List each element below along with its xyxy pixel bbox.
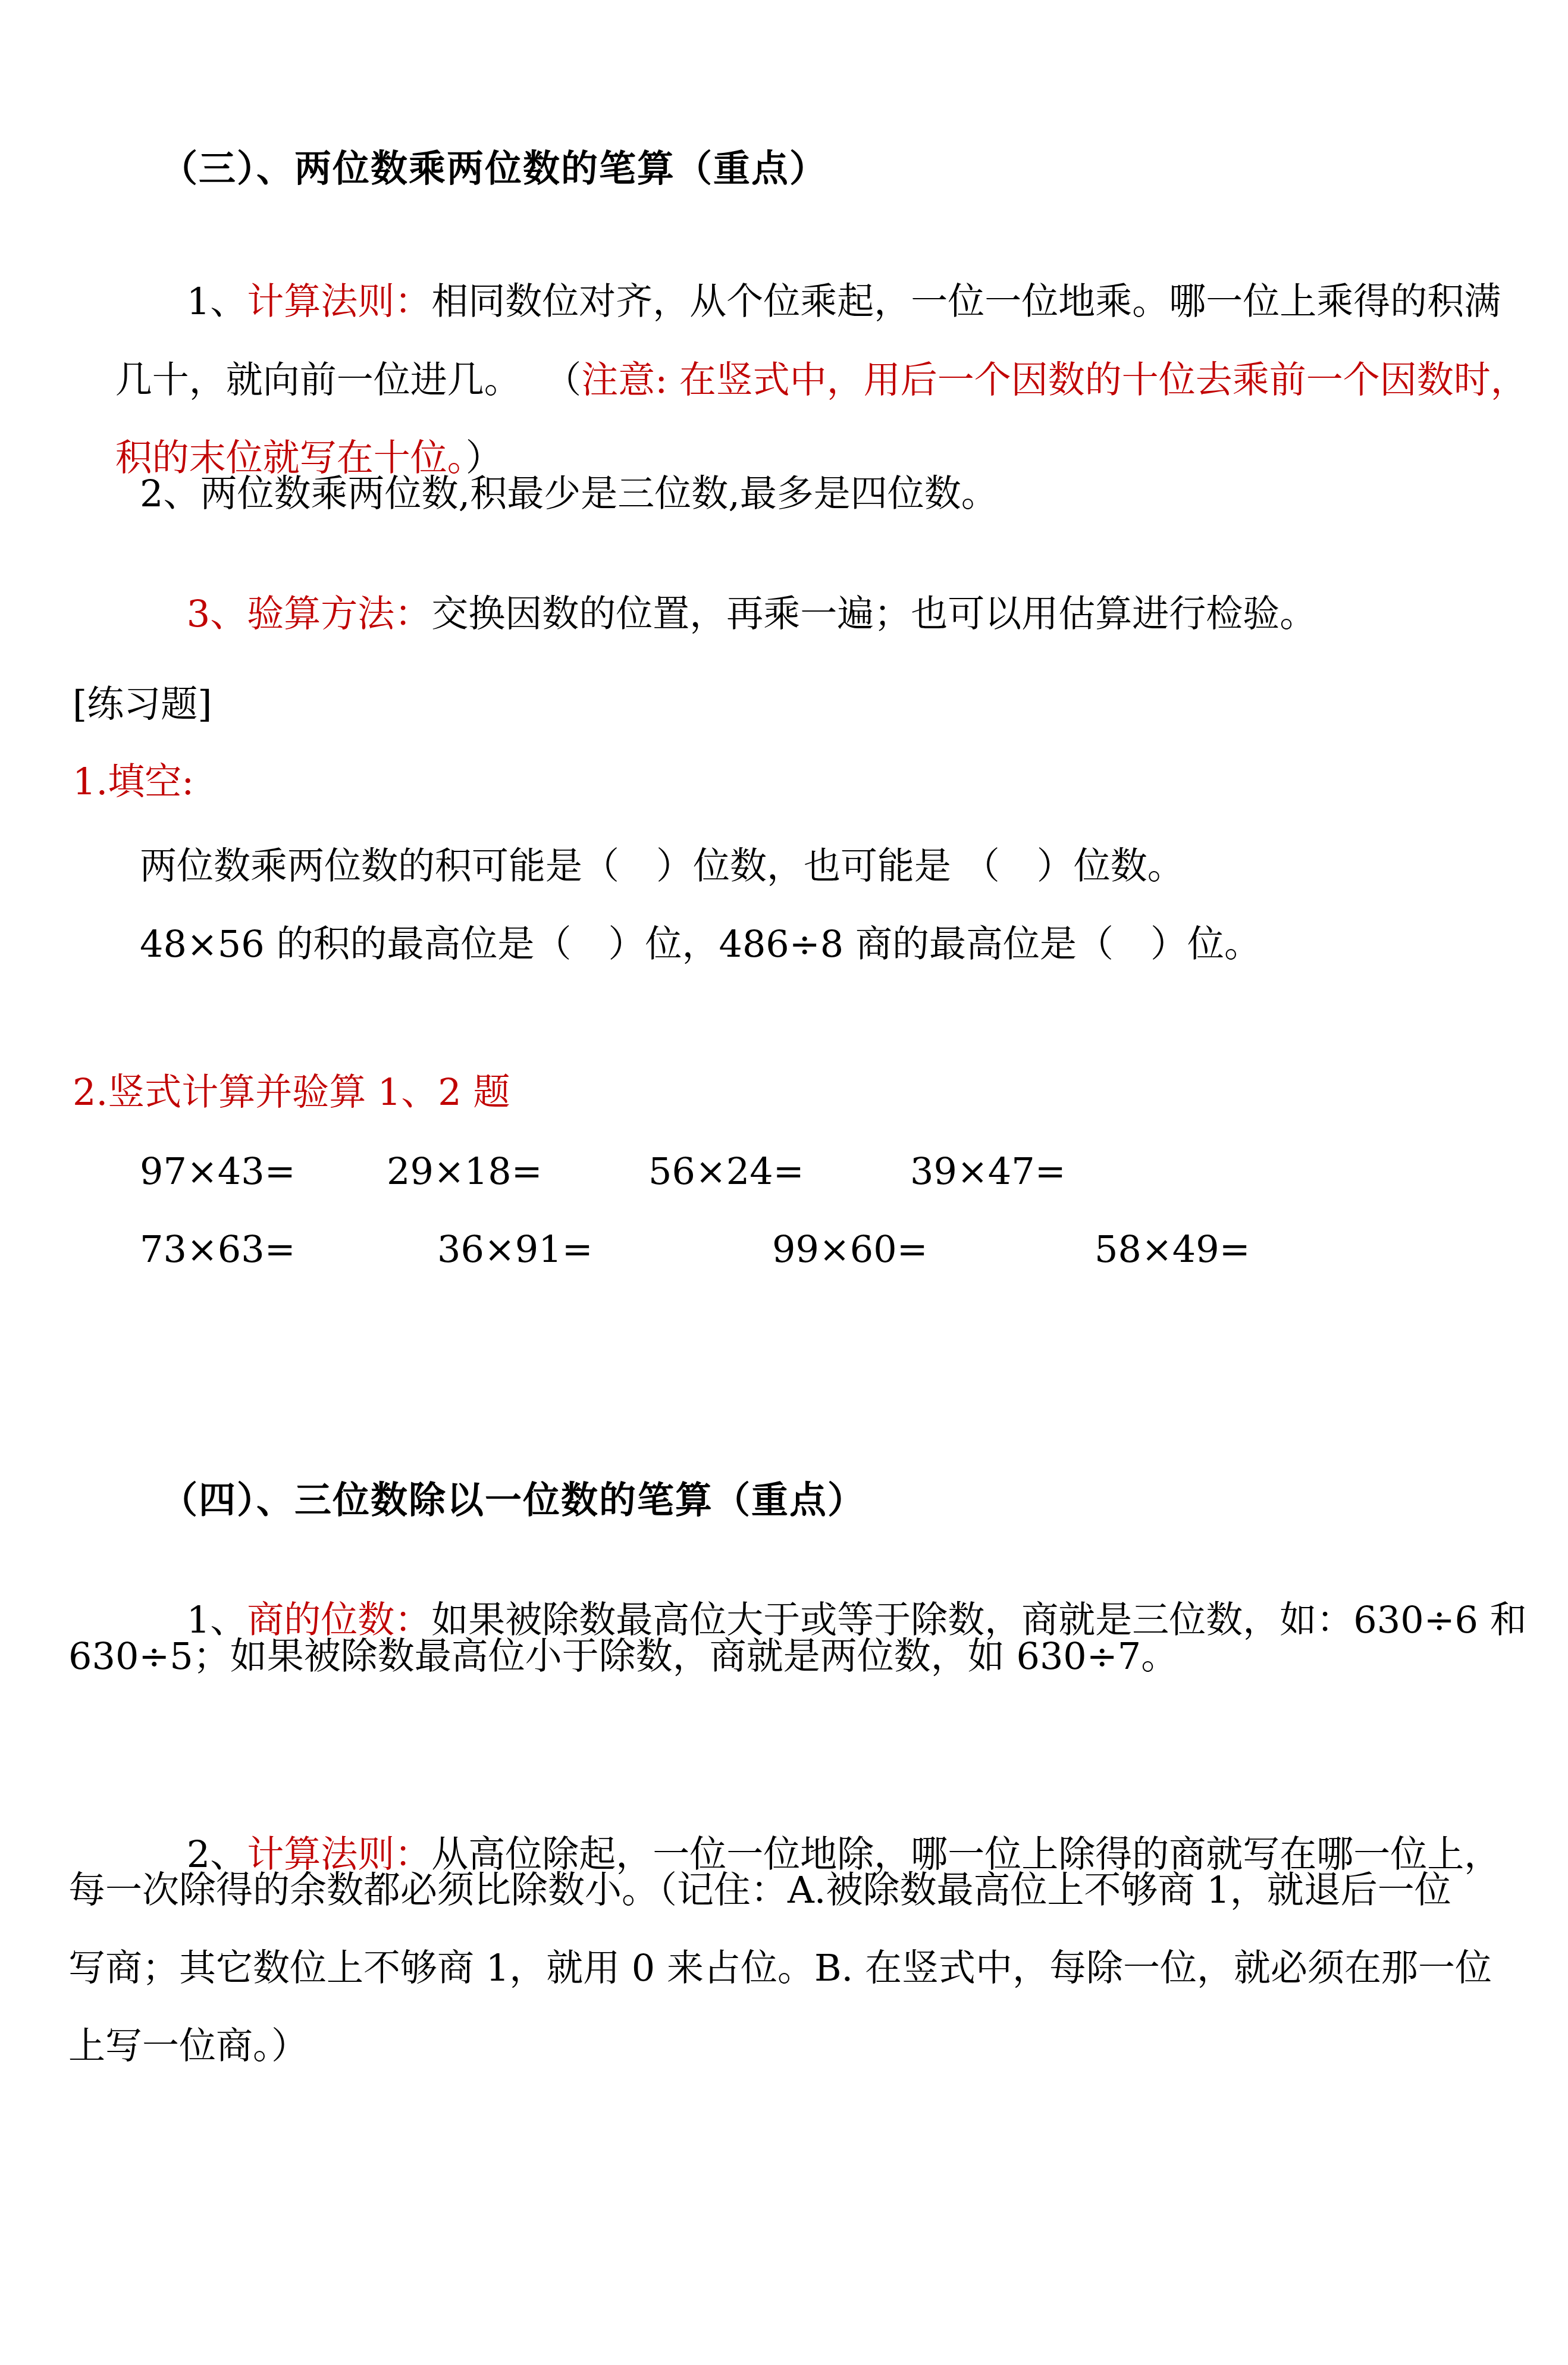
problem-36x91: 36×91= [437,1227,593,1271]
section3-heading: （三）、两位数乘两位数的笔算（重点） [161,148,827,190]
fill-in-line1: 两位数乘两位数的积可能是（ ）位数，也可能是 （ ）位数。 [140,845,1184,887]
section4-rule-line3: 写商；其它数位上不够商 1，就用 0 来占位。B. 在竖式中，每除一位，就必须在… [68,1947,1492,1989]
document-page: （三）、两位数乘两位数的笔算（重点） 1、计算法则：相同数位对齐，从个位乘起，一… [0,0,1568,2365]
section4-heading: （四）、三位数除以一位数的笔算（重点） [161,1479,865,1521]
practice-header: [练习题] [73,683,212,725]
rule-note-red-line2: 注意: 在竖式中，用后一个因数的十位去乘前一个因数时， [581,358,1528,402]
section3-check-line: 3、验算方法：交换因数的位置，再乘一遍；也可以用估算进行检验。 [140,550,1316,678]
problem-97x43: 97×43= [140,1149,296,1193]
problem-39x47: 39×47= [910,1149,1066,1193]
section4-rule-line2: 每一次除得的余数都必须比除数小。（记住：A.被除数最高位上不够商 1，就退后一位 [68,1869,1451,1911]
fill-in-line2: 48×56 的积的最高位是（ ）位，486÷8 商的最高位是（ ）位。 [140,923,1261,965]
check-label: 3、验算方法： [187,592,431,635]
problem-56x24: 56×24= [648,1149,804,1193]
problem-29x18: 29×18= [387,1149,542,1193]
check-text: 交换因数的位置，再乘一遍；也可以用估算进行检验。 [431,592,1316,635]
section4-rule-line4: 上写一位商。） [68,2025,308,2067]
problem-73x63: 73×63= [140,1227,296,1271]
section3-fact-line: 2、两位数乘两位数,积最少是三位数,最多是四位数。 [140,472,998,515]
vertical-calc-title: 2.竖式计算并验算 1、2 题 [73,1071,510,1113]
section4-digits-line2: 630÷5；如果被除数最高位小于除数，商就是两位数，如 630÷7。 [68,1635,1178,1677]
problem-58x49: 58×49= [1095,1227,1250,1271]
problem-99x60: 99×60= [772,1227,928,1271]
fill-in-title: 1.填空: [73,760,194,803]
